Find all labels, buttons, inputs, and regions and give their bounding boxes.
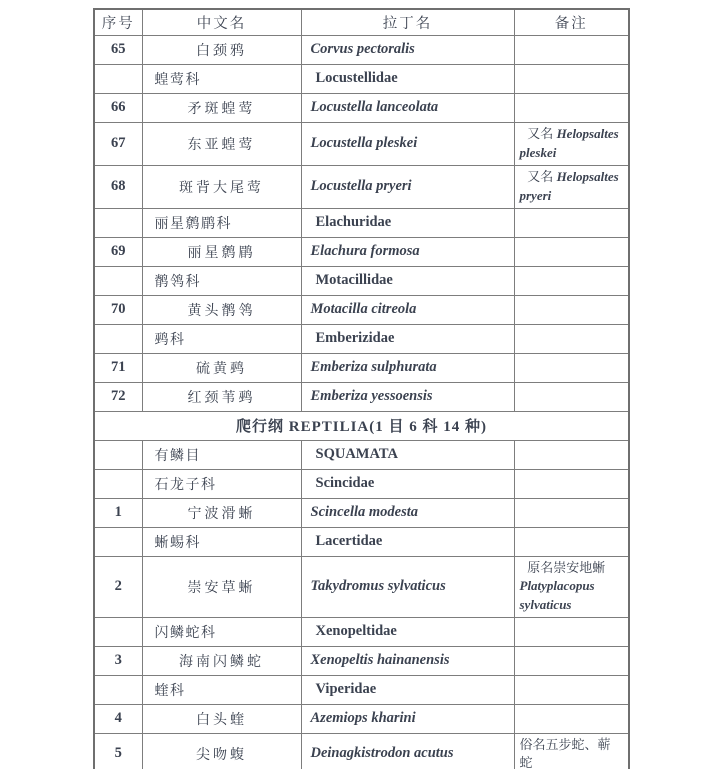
latin-name-cell: Scincella modesta [301,498,514,527]
section-row: 爬行纲 REPTILIA(1 目 6 科 14 种) [94,411,629,440]
remark-cell: 又名 Helopsaltes pryeri [514,165,629,208]
row-number-cell [94,527,142,556]
chinese-name-cell: 海南闪鳞蛇 [142,646,301,675]
chinese-name-cell: 蝗莺科 [142,64,301,93]
chinese-name-cell: 蜥蜴科 [142,527,301,556]
row-number-cell [94,469,142,498]
table-row: 1宁波滑蜥Scincella modesta [94,498,629,527]
chinese-name-cell: 尖吻蝮 [142,733,301,769]
row-number-cell: 65 [94,35,142,64]
row-number-cell [94,324,142,353]
section-title: 爬行纲 REPTILIA(1 目 6 科 14 种) [94,411,629,440]
latin-name-cell: Motacillidae [301,266,514,295]
table-row: 3海南闪鳞蛇Xenopeltis hainanensis [94,646,629,675]
table-row: 蝗莺科Locustellidae [94,64,629,93]
row-number-cell: 69 [94,237,142,266]
table-row: 72红颈苇鹀Emberiza yessoensis [94,382,629,411]
latin-name-cell: Motacilla citreola [301,295,514,324]
chinese-name-cell: 丽星鹩鹛 [142,237,301,266]
table-body: 65白颈鸦Corvus pectoralis蝗莺科Locustellidae66… [94,35,629,769]
remark-cell [514,617,629,646]
table-row: 65白颈鸦Corvus pectoralis [94,35,629,64]
remark-cell [514,35,629,64]
table-row: 有鳞目SQUAMATA [94,440,629,469]
column-header-chinese-name: 中文名 [142,9,301,35]
chinese-name-cell: 矛斑蝗莺 [142,93,301,122]
table-row: 鹡鸰科Motacillidae [94,266,629,295]
chinese-name-cell: 鹡鸰科 [142,266,301,295]
latin-name-cell: Elachuridae [301,208,514,237]
latin-name-cell: Locustellidae [301,64,514,93]
latin-name-cell: Locustella pleskei [301,122,514,165]
table-row: 鹀科Emberizidae [94,324,629,353]
latin-name-cell: Takydromus sylvaticus [301,556,514,617]
chinese-name-cell: 白头蝰 [142,704,301,733]
row-number-cell: 66 [94,93,142,122]
remark-cell [514,353,629,382]
remark-cell [514,93,629,122]
remark-text: 原名崇安地蜥 Platyplacopus sylvaticus [520,559,624,614]
latin-name-cell: Viperidae [301,675,514,704]
species-table: 序号 中文名 拉丁名 备注 65白颈鸦Corvus pectoralis蝗莺科L… [93,8,630,769]
row-number-cell: 3 [94,646,142,675]
latin-name-cell: Emberiza sulphurata [301,353,514,382]
remark-text: 俗名五步蛇、蕲蛇 [520,736,624,769]
row-number-cell: 71 [94,353,142,382]
row-number-cell [94,208,142,237]
row-number-cell: 2 [94,556,142,617]
row-number-cell [94,675,142,704]
remark-cell [514,498,629,527]
latin-name-cell: Elachura formosa [301,237,514,266]
row-number-cell: 4 [94,704,142,733]
table-row: 4白头蝰Azemiops kharini [94,704,629,733]
remark-cell [514,64,629,93]
latin-name-cell: Emberizidae [301,324,514,353]
remark-cell [514,208,629,237]
chinese-name-cell: 鹀科 [142,324,301,353]
remark-cell [514,266,629,295]
remark-cell [514,324,629,353]
column-header-latin-name: 拉丁名 [301,9,514,35]
row-number-cell [94,266,142,295]
chinese-name-cell: 东亚蝗莺 [142,122,301,165]
remark-cell: 又名 Helopsaltes pleskei [514,122,629,165]
row-number-cell [94,440,142,469]
remark-cell [514,469,629,498]
table-row: 69丽星鹩鹛Elachura formosa [94,237,629,266]
latin-name-cell: Deinagkistrodon acutus [301,733,514,769]
row-number-cell: 5 [94,733,142,769]
document-page: 序号 中文名 拉丁名 备注 65白颈鸦Corvus pectoralis蝗莺科L… [0,8,720,769]
chinese-name-cell: 闪鳞蛇科 [142,617,301,646]
chinese-name-cell: 硫黄鹀 [142,353,301,382]
remark-text: 又名 Helopsaltes pleskei [520,125,624,162]
chinese-name-cell: 蝰科 [142,675,301,704]
row-number-cell [94,64,142,93]
latin-name-cell: Xenopeltidae [301,617,514,646]
chinese-name-cell: 宁波滑蜥 [142,498,301,527]
row-number-cell: 67 [94,122,142,165]
chinese-name-cell: 有鳞目 [142,440,301,469]
row-number-cell: 72 [94,382,142,411]
table-row: 66矛斑蝗莺Locustella lanceolata [94,93,629,122]
latin-name-cell: Scincidae [301,469,514,498]
table-row: 70黄头鹡鸰Motacilla citreola [94,295,629,324]
table-row: 2崇安草蜥Takydromus sylvaticus原名崇安地蜥 Platypl… [94,556,629,617]
chinese-name-cell: 黄头鹡鸰 [142,295,301,324]
remark-cell [514,675,629,704]
latin-name-cell: Azemiops kharini [301,704,514,733]
remark-cell [514,382,629,411]
table-row: 蜥蜴科Lacertidae [94,527,629,556]
table-row: 蝰科Viperidae [94,675,629,704]
latin-name-cell: Corvus pectoralis [301,35,514,64]
remark-cell [514,704,629,733]
remark-cell [514,440,629,469]
chinese-name-cell: 斑背大尾莺 [142,165,301,208]
column-header-remark: 备注 [514,9,629,35]
row-number-cell: 70 [94,295,142,324]
chinese-name-cell: 白颈鸦 [142,35,301,64]
table-row: 闪鳞蛇科Xenopeltidae [94,617,629,646]
table-row: 5尖吻蝮Deinagkistrodon acutus俗名五步蛇、蕲蛇 [94,733,629,769]
chinese-name-cell: 丽星鹩鹛科 [142,208,301,237]
table-row: 石龙子科Scincidae [94,469,629,498]
latin-name-cell: Lacertidae [301,527,514,556]
table-row: 68斑背大尾莺Locustella pryeri又名 Helopsaltes p… [94,165,629,208]
table-row: 67东亚蝗莺Locustella pleskei又名 Helopsaltes p… [94,122,629,165]
remark-cell [514,295,629,324]
row-number-cell [94,617,142,646]
chinese-name-cell: 石龙子科 [142,469,301,498]
remark-text: 又名 Helopsaltes pryeri [520,168,624,205]
remark-cell: 原名崇安地蜥 Platyplacopus sylvaticus [514,556,629,617]
column-header-number: 序号 [94,9,142,35]
table-header-row: 序号 中文名 拉丁名 备注 [94,9,629,35]
latin-name-cell: SQUAMATA [301,440,514,469]
remark-cell [514,527,629,556]
chinese-name-cell: 红颈苇鹀 [142,382,301,411]
latin-name-cell: Locustella pryeri [301,165,514,208]
remark-cell: 俗名五步蛇、蕲蛇 [514,733,629,769]
table-row: 71硫黄鹀Emberiza sulphurata [94,353,629,382]
row-number-cell: 1 [94,498,142,527]
latin-name-cell: Emberiza yessoensis [301,382,514,411]
remark-cell [514,237,629,266]
latin-name-cell: Locustella lanceolata [301,93,514,122]
chinese-name-cell: 崇安草蜥 [142,556,301,617]
row-number-cell: 68 [94,165,142,208]
remark-cell [514,646,629,675]
latin-name-cell: Xenopeltis hainanensis [301,646,514,675]
table-row: 丽星鹩鹛科Elachuridae [94,208,629,237]
